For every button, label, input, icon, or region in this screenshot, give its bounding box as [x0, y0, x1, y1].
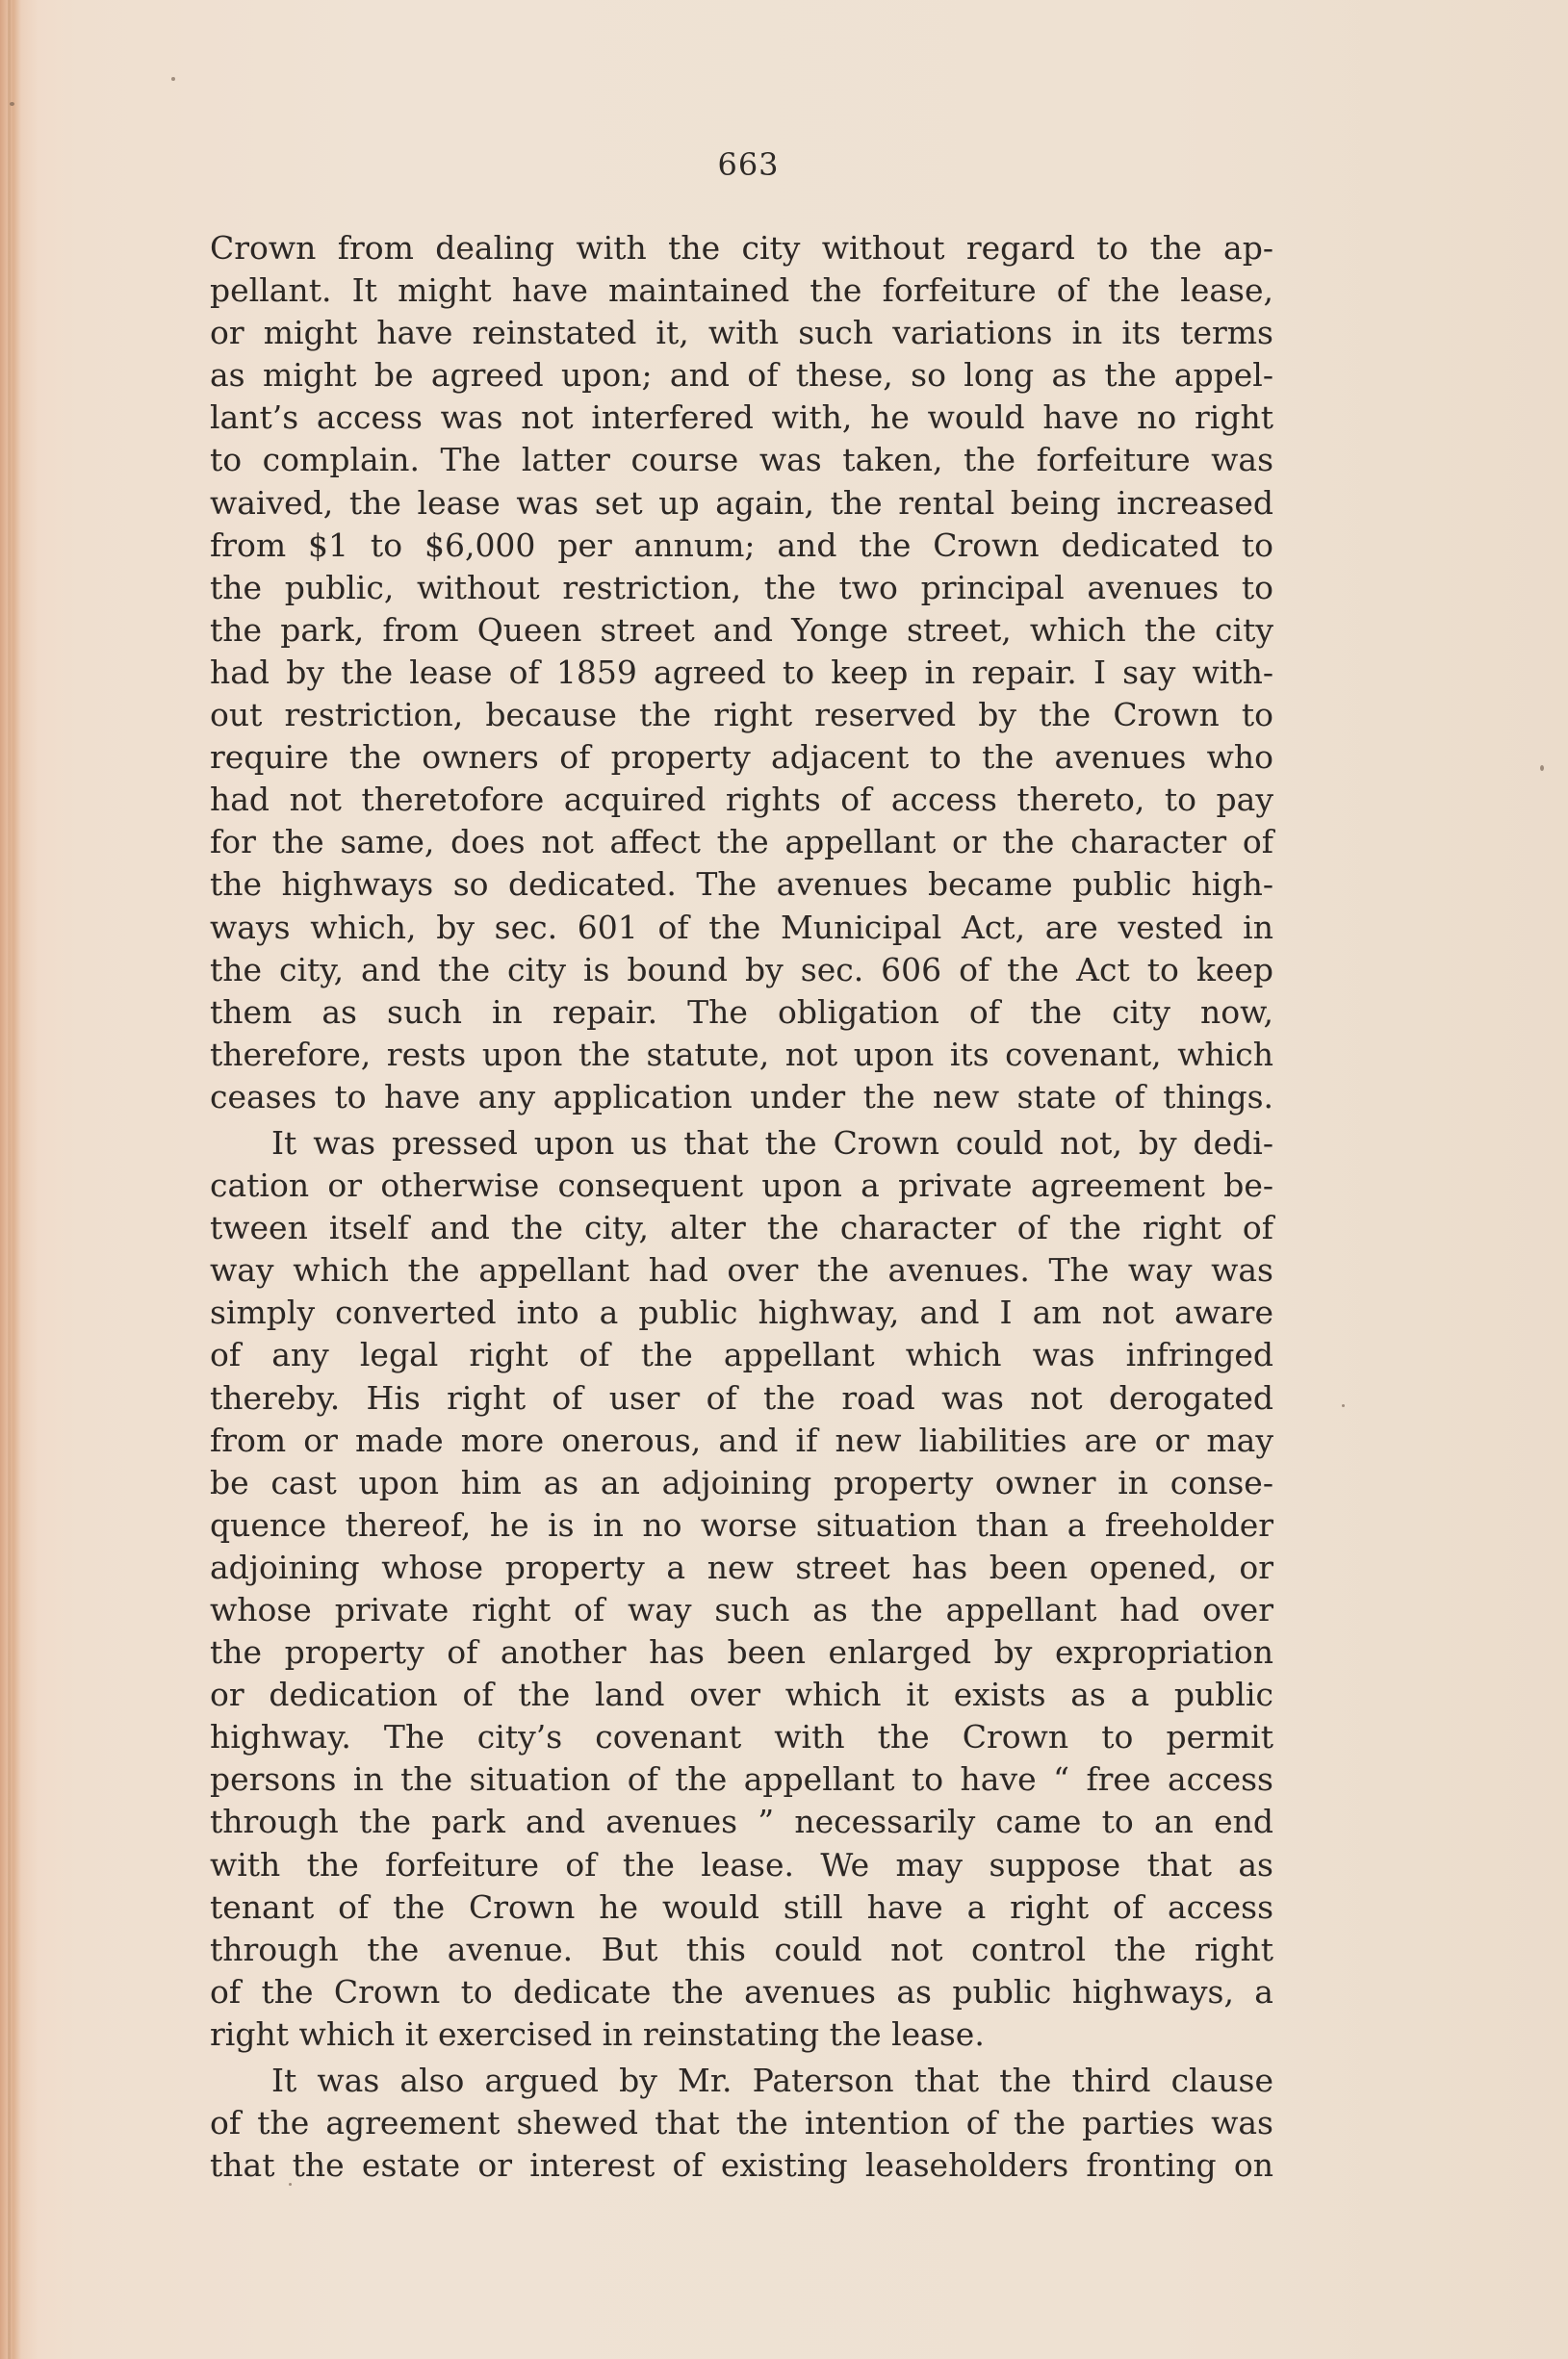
text-line: the highways so dedicated. The avenues b…: [210, 863, 1273, 906]
text-line: had not theretofore acquired rights of a…: [210, 779, 1273, 821]
text-line: cation or otherwise consequent upon a pr…: [210, 1165, 1273, 1207]
text-line: of the agreement shewed that the intenti…: [210, 2102, 1273, 2144]
paper-speck: [1342, 1404, 1345, 1407]
text-line: through the park and avenues ” necessari…: [210, 1801, 1273, 1843]
paper-speck: [289, 2183, 292, 2186]
text-line: to complain. The latter course was taken…: [210, 439, 1273, 481]
paragraph-3: It was also argued by Mr. Paterson that …: [210, 2060, 1273, 2187]
text-line: the public, without restriction, the two…: [210, 567, 1273, 609]
text-line: require the owners of property adjacent …: [210, 736, 1273, 779]
text-line: the city, and the city is bound by sec. …: [210, 949, 1273, 991]
text-line: quence thereof, he is in no worse situat…: [210, 1504, 1273, 1547]
text-line: therefore, rests upon the statute, not u…: [210, 1034, 1273, 1076]
text-line: had by the lease of 1859 agreed to keep …: [210, 652, 1273, 694]
scanned-page: 663 Crown from dealing with the city wit…: [0, 0, 1568, 2359]
text-line: thereby. His right of user of the road w…: [210, 1377, 1273, 1420]
text-line: waived, the lease was set up again, the …: [210, 482, 1273, 525]
text-line: from $1 to $6,000 per annum; and the Cro…: [210, 525, 1273, 567]
text-line: as might be agreed upon; and of these, s…: [210, 354, 1273, 397]
paragraph-1: Crown from dealing with the city without…: [210, 227, 1273, 1118]
text-line: ceases to have any application under the…: [210, 1076, 1273, 1118]
text-line: be cast upon him as an adjoining propert…: [210, 1462, 1273, 1504]
paragraph-2: It was pressed upon us that the Crown co…: [210, 1122, 1273, 2056]
paper-speck: [171, 77, 175, 81]
text-line: them as such in repair. The obligation o…: [210, 991, 1273, 1034]
text-line: ways which, by sec. 601 of the Municipal…: [210, 907, 1273, 949]
paper-speck: [10, 102, 14, 106]
text-line: way which the appellant had over the ave…: [210, 1249, 1273, 1292]
book-gutter: [8, 0, 11, 2359]
text-line: the property of another has been enlarge…: [210, 1631, 1273, 1674]
text-line: highway. The city’s covenant with the Cr…: [210, 1716, 1273, 1758]
text-line: tween itself and the city, alter the cha…: [210, 1207, 1273, 1249]
text-line: with the forfeiture of the lease. We may…: [210, 1844, 1273, 1886]
text-line: pellant. It might have maintained the fo…: [210, 269, 1273, 312]
text-line: Crown from dealing with the city without…: [210, 227, 1273, 269]
text-line: through the avenue. But this could not c…: [210, 1929, 1273, 1971]
text-line: It was pressed upon us that the Crown co…: [210, 1122, 1273, 1165]
text-line: whose private right of way such as the a…: [210, 1589, 1273, 1631]
text-line: persons in the situation of the appellan…: [210, 1758, 1273, 1801]
text-line: of the Crown to dedicate the avenues as …: [210, 1971, 1273, 2013]
text-line: from or made more onerous, and if new li…: [210, 1420, 1273, 1462]
text-line: It was also argued by Mr. Paterson that …: [210, 2060, 1273, 2102]
text-line: the park, from Queen street and Yonge st…: [210, 609, 1273, 652]
paper-speck: [1540, 765, 1544, 771]
text-line: adjoining whose property a new street ha…: [210, 1547, 1273, 1589]
text-line: that the estate or interest of existing …: [210, 2144, 1273, 2187]
page-number: 663: [0, 146, 1497, 183]
text-line: lant’s access was not interfered with, h…: [210, 397, 1273, 439]
text-line: or might have reinstated it, with such v…: [210, 312, 1273, 354]
text-line: or dedication of the land over which it …: [210, 1674, 1273, 1716]
text-line: for the same, does not affect the appell…: [210, 821, 1273, 863]
body-text: Crown from dealing with the city without…: [210, 227, 1273, 2187]
text-line: right which it exercised in reinstating …: [210, 2013, 1273, 2056]
text-line: out restriction, because the right reser…: [210, 694, 1273, 736]
text-line: simply converted into a public highway, …: [210, 1292, 1273, 1334]
text-line: tenant of the Crown he would still have …: [210, 1886, 1273, 1929]
text-line: of any legal right of the appellant whic…: [210, 1334, 1273, 1376]
